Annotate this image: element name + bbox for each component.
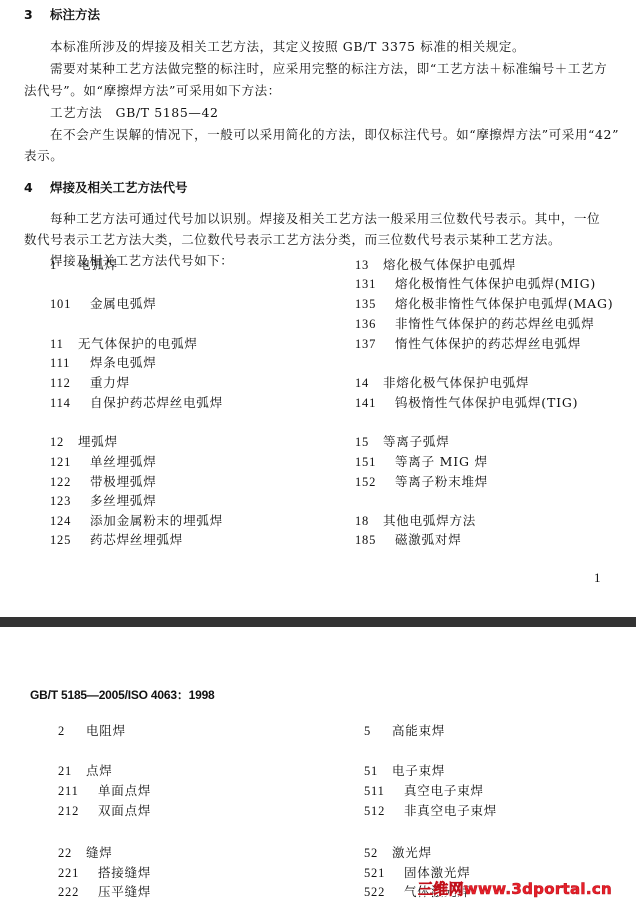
process-code: 522 <box>364 885 404 900</box>
process-name: 缝焊 <box>86 845 113 860</box>
code-list-item: 211单面点焊 <box>58 781 151 799</box>
process-code: 12 <box>50 435 78 450</box>
code-list-item: 124添加金属粉末的埋弧焊 <box>50 511 223 529</box>
section-3-heading: 3标注方法 <box>24 5 100 23</box>
process-code: 52 <box>364 846 392 861</box>
code-list-item: 141钨极惰性气体保护电弧焊(TIG) <box>355 393 578 411</box>
process-code: 13 <box>355 258 383 273</box>
code-list-item: 52激光焊 <box>364 843 432 861</box>
paragraph: 法代号”。如“摩擦焊方法”可采用如下方法： <box>24 81 281 99</box>
page-break-divider <box>0 617 636 627</box>
paragraph: 每种工艺方法可通过代号加以识别。焊接及相关工艺方法一般采用三位数代号表示。其中，… <box>50 209 600 227</box>
paragraph: 需要对某种工艺方法做完整的标注时，应采用完整的标注方法，即“工艺方法＋标准编号＋… <box>50 59 607 77</box>
process-name: 埋弧焊 <box>78 434 118 449</box>
section-title: 标注方法 <box>50 7 100 22</box>
process-name: 非熔化极气体保护电弧焊 <box>383 375 529 390</box>
process-name: 电子束焊 <box>392 763 445 778</box>
process-name: 焊条电弧焊 <box>90 355 157 370</box>
code-list-item: 131熔化极惰性气体保护电弧焊(MIG) <box>355 274 596 292</box>
process-name: 单丝埋弧焊 <box>90 454 157 469</box>
process-code: 136 <box>355 317 395 332</box>
process-code: 5 <box>364 724 392 739</box>
process-code: 21 <box>58 764 86 779</box>
code-list-item: 22缝焊 <box>58 843 113 861</box>
process-code: 1 <box>50 258 78 273</box>
process-code: 135 <box>355 297 395 312</box>
process-name: 带极埋弧焊 <box>90 474 157 489</box>
process-code: 15 <box>355 435 383 450</box>
process-code: 101 <box>50 297 90 312</box>
process-name: 金属电弧焊 <box>90 296 157 311</box>
paragraph: 数代号表示工艺方法大类，二位数代号表示工艺方法分类，而三位数代号表示某种工艺方法… <box>24 230 561 248</box>
process-code: 114 <box>50 396 90 411</box>
process-name: 等离子粉末堆焊 <box>395 474 488 489</box>
process-code: 112 <box>50 376 90 391</box>
process-code: 222 <box>58 885 98 900</box>
code-list-item: 12埋弧焊 <box>50 432 118 450</box>
process-name: 其他电弧焊方法 <box>383 513 476 528</box>
process-name: 压平缝焊 <box>98 884 151 899</box>
process-code: 212 <box>58 804 98 819</box>
process-name: 单面点焊 <box>98 783 151 798</box>
process-name: 熔化极惰性气体保护电弧焊(MIG) <box>395 276 596 291</box>
code-list-item: 135熔化极非惰性气体保护电弧焊(MAG) <box>355 294 613 312</box>
process-name: 重力焊 <box>90 375 130 390</box>
section-title: 焊接及相关工艺方法代号 <box>50 180 188 195</box>
process-name: 等离子 MIG 焊 <box>395 454 488 469</box>
code-list-item: 5高能束焊 <box>364 721 445 739</box>
process-code: 137 <box>355 337 395 352</box>
process-code: 111 <box>50 356 90 371</box>
watermark-text: 三维网www.3dportal.cn <box>418 878 612 899</box>
code-list-item: 51电子束焊 <box>364 761 445 779</box>
section-4-heading: 4焊接及相关工艺方法代号 <box>24 178 188 196</box>
code-list-item: 137惰性气体保护的药芯焊丝电弧焊 <box>355 334 581 352</box>
code-list-item: 121单丝埋弧焊 <box>50 452 157 470</box>
paragraph: 表示。 <box>24 146 63 164</box>
process-code: 2 <box>58 724 86 739</box>
process-name: 高能束焊 <box>392 723 445 738</box>
document-page-1: 3标注方法 本标准所涉及的焊接及相关工艺方法，其定义按照 GB/T 3375 标… <box>0 0 636 617</box>
process-name: 惰性气体保护的药芯焊丝电弧焊 <box>395 336 581 351</box>
process-code: 511 <box>364 784 404 799</box>
code-list-item: 512非真空电子束焊 <box>364 801 497 819</box>
process-name: 多丝埋弧焊 <box>90 493 157 508</box>
process-code: 18 <box>355 514 383 529</box>
process-code: 152 <box>355 475 395 490</box>
process-code: 121 <box>50 455 90 470</box>
section-number: 4 <box>24 180 50 195</box>
code-list-item: 13熔化极气体保护电弧焊 <box>355 255 516 273</box>
process-code: 221 <box>58 866 98 881</box>
process-name: 非真空电子束焊 <box>404 803 497 818</box>
code-list-item: 2电阻焊 <box>58 721 126 739</box>
process-name: 添加金属粉末的埋弧焊 <box>90 513 223 528</box>
process-code: 14 <box>355 376 383 391</box>
code-list-item: 152等离子粉末堆焊 <box>355 472 488 490</box>
process-code: 521 <box>364 866 404 881</box>
example-notation: 工艺方法 GB/T 5185—42 <box>50 103 219 121</box>
process-name: 钨极惰性气体保护电弧焊(TIG) <box>395 395 578 410</box>
page-number: 1 <box>594 570 601 586</box>
process-name: 搭接缝焊 <box>98 865 151 880</box>
process-code: 151 <box>355 455 395 470</box>
code-list-item: 212双面点焊 <box>58 801 151 819</box>
process-code: 51 <box>364 764 392 779</box>
process-name: 点焊 <box>86 763 113 778</box>
process-name: 激光焊 <box>392 845 432 860</box>
process-name: 电弧焊 <box>78 257 118 272</box>
process-code: 211 <box>58 784 98 799</box>
process-name: 熔化极非惰性气体保护电弧焊(MAG) <box>395 296 613 311</box>
code-list-item: 125药芯焊丝埋弧焊 <box>50 530 183 548</box>
process-name: 磁激弧对焊 <box>395 532 462 547</box>
process-code: 11 <box>50 337 78 352</box>
code-list-item: 112重力焊 <box>50 373 130 391</box>
process-code: 141 <box>355 396 395 411</box>
process-code: 125 <box>50 533 90 548</box>
process-name: 等离子弧焊 <box>383 434 450 449</box>
paragraph: 在不会产生误解的情况下，一般可以采用简化的方法，即仅标注代号。如“摩擦焊方法”可… <box>50 125 619 143</box>
code-list-item: 123多丝埋弧焊 <box>50 491 157 509</box>
process-code: 131 <box>355 277 395 292</box>
code-list-item: 18其他电弧焊方法 <box>355 511 476 529</box>
process-name: 自保护药芯焊丝电弧焊 <box>90 395 223 410</box>
process-code: 123 <box>50 494 90 509</box>
code-list-item: 111焊条电弧焊 <box>50 353 157 371</box>
section-number: 3 <box>24 7 50 22</box>
process-code: 124 <box>50 514 90 529</box>
process-name: 非惰性气体保护的药芯焊丝电弧焊 <box>395 316 595 331</box>
code-list-item: 15等离子弧焊 <box>355 432 450 450</box>
process-code: 185 <box>355 533 395 548</box>
process-name: 电阻焊 <box>86 723 126 738</box>
process-name: 熔化极气体保护电弧焊 <box>383 257 516 272</box>
process-code: 22 <box>58 846 86 861</box>
process-name: 无气体保护的电弧焊 <box>78 336 198 351</box>
process-code: 122 <box>50 475 90 490</box>
document-page-2: GB/T 5185—2005/ISO 4063：1998 2电阻焊 21点焊 2… <box>0 627 636 904</box>
standard-header: GB/T 5185—2005/ISO 4063：1998 <box>30 686 215 703</box>
process-name: 双面点焊 <box>98 803 151 818</box>
process-name: 药芯焊丝埋弧焊 <box>90 532 183 547</box>
process-name: 真空电子束焊 <box>404 783 484 798</box>
code-list-item: 1电弧焊 <box>50 255 118 273</box>
process-code: 512 <box>364 804 404 819</box>
code-list-item: 221搭接缝焊 <box>58 863 151 881</box>
code-list-item: 11无气体保护的电弧焊 <box>50 334 198 352</box>
code-list-item: 122带极埋弧焊 <box>50 472 157 490</box>
code-list-item: 14非熔化极气体保护电弧焊 <box>355 373 529 391</box>
code-list-item: 101金属电弧焊 <box>50 294 157 312</box>
code-list-item: 136非惰性气体保护的药芯焊丝电弧焊 <box>355 314 595 332</box>
code-list-item: 511真空电子束焊 <box>364 781 484 799</box>
code-list-item: 21点焊 <box>58 761 113 779</box>
code-list-item: 222压平缝焊 <box>58 882 151 900</box>
code-list-item: 114自保护药芯焊丝电弧焊 <box>50 393 223 411</box>
paragraph: 本标准所涉及的焊接及相关工艺方法，其定义按照 GB/T 3375 标准的相关规定… <box>50 37 525 55</box>
code-list-item: 151等离子 MIG 焊 <box>355 452 488 470</box>
code-list-item: 185磁激弧对焊 <box>355 530 462 548</box>
